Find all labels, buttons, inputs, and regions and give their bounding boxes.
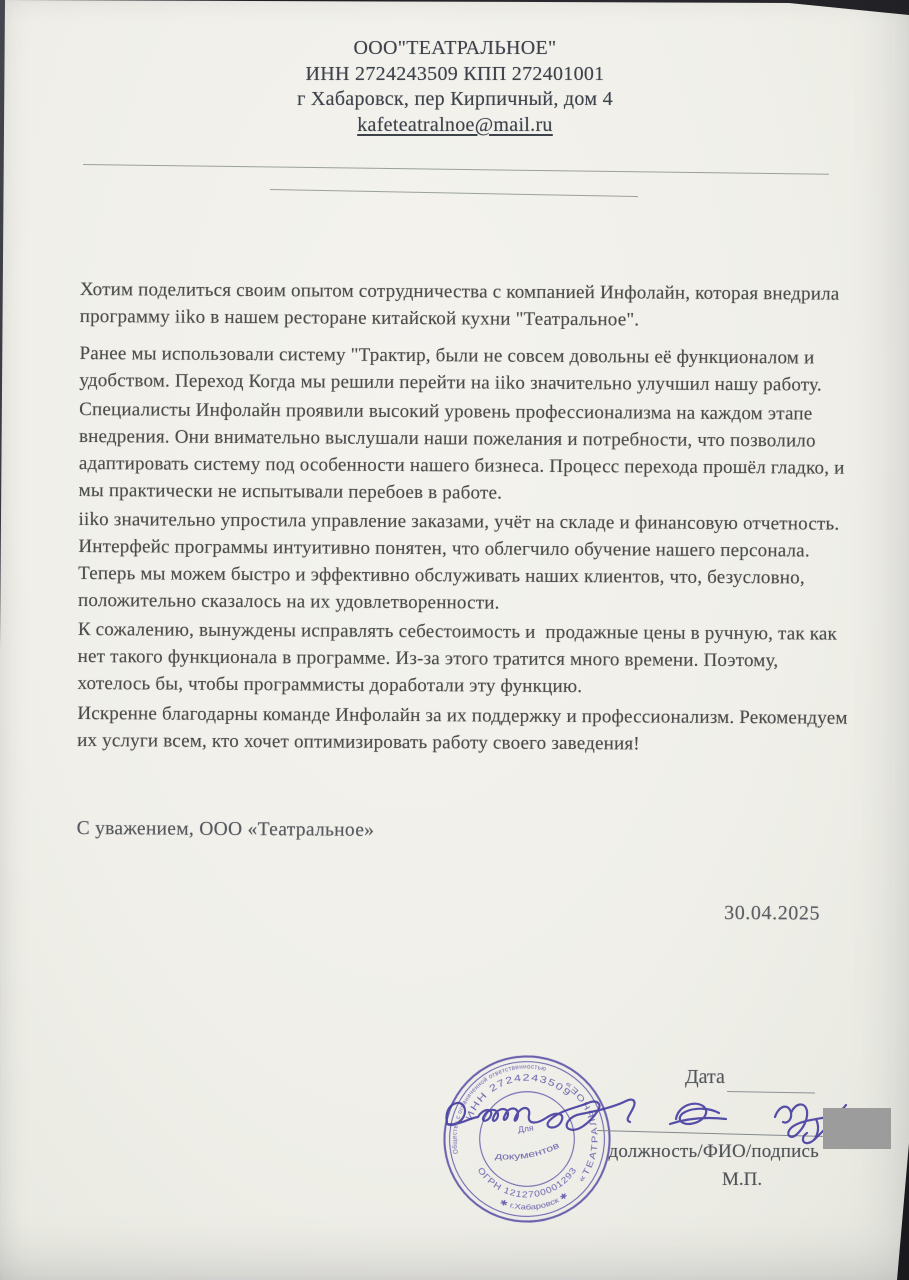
paragraph-6: Искренне благодарны команде Инфолайн за … (77, 700, 867, 759)
signature-caption: должность/ФИО/подпись (608, 1141, 819, 1163)
closing-line: С уважением, ООО «Театральное» (77, 818, 375, 842)
paragraph-4: iiko значительно упростила управление за… (78, 506, 869, 619)
paragraph-1: Хотим поделиться своим опытом сотрудниче… (80, 276, 870, 335)
paragraph-3: Специалисты Инфолайн проявили высокий ур… (79, 396, 870, 509)
redaction-box (823, 1108, 891, 1149)
letter-date: 30.04.2025 (724, 902, 820, 926)
document-page: ООО"ТЕАТРАЛЬНОЕ" ИНН 2724243509 КПП 2724… (0, 0, 909, 1280)
stamp-place-label: М.П. (722, 1169, 762, 1191)
paragraph-2: Ранее мы использовали систему "Трактир, … (79, 340, 869, 399)
photo-of-letter: { "document": { "header": { "company": "… (0, 0, 909, 1280)
paragraph-5: К сожалению, вынуждены исправлять себест… (77, 616, 867, 702)
signature-initials (670, 1104, 726, 1124)
signature-scrawl-over-stamp (446, 1100, 634, 1130)
